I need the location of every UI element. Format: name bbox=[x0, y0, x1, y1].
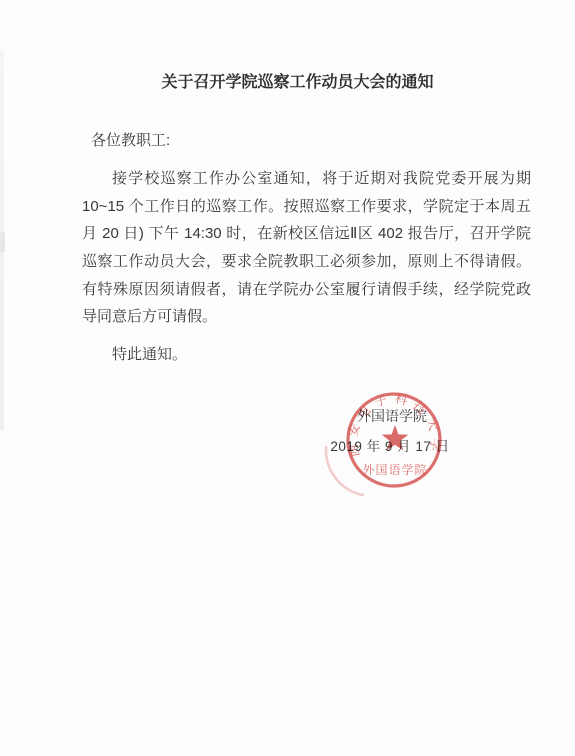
seal-arc-text: 西安电子科技大学 bbox=[345, 390, 444, 458]
seal-bottom-text: 外国语学院 bbox=[362, 463, 427, 477]
body-line: 10~15 个工作日的巡察工作。按照巡察工作要求，学院定于本周五 (9 bbox=[82, 193, 531, 221]
notice-title: 关于召开学院巡察工作动员大会的通知 bbox=[20, 69, 575, 92]
body-line: 月 20 日) 下午 14:30 时，在新校区信远Ⅱ区 402 报告厅，召开学院 bbox=[82, 220, 531, 248]
body-line: 接学校巡察工作办公室通知，将于近期对我院党委开展为期 bbox=[82, 165, 531, 193]
body-line: 巡察工作动员大会，要求全院教职工必须参加，原则上不得请假。如 bbox=[82, 248, 531, 276]
seal-arc-textpath: 西安电子科技大学 bbox=[345, 390, 444, 458]
star-icon bbox=[382, 425, 409, 450]
scanned-notice-page: { "document": { "title": "关于召开学院巡察工作动员大会… bbox=[0, 0, 575, 756]
scan-edge-smudge bbox=[0, 232, 5, 252]
body-line: 有特殊原因须请假者，请在学院办公室履行请假手续，经学院党政领 bbox=[82, 276, 531, 304]
salutation: 各位教职工: bbox=[91, 129, 170, 150]
closing-note: 特此通知。 bbox=[112, 343, 187, 364]
notice-body: 接学校巡察工作办公室通知，将于近期对我院党委开展为期 10~15 个工作日的巡察… bbox=[82, 165, 531, 331]
official-seal: 西安电子科技大学 外国语学院 bbox=[314, 388, 444, 498]
body-line: 导同意后方可请假。 bbox=[82, 303, 531, 331]
